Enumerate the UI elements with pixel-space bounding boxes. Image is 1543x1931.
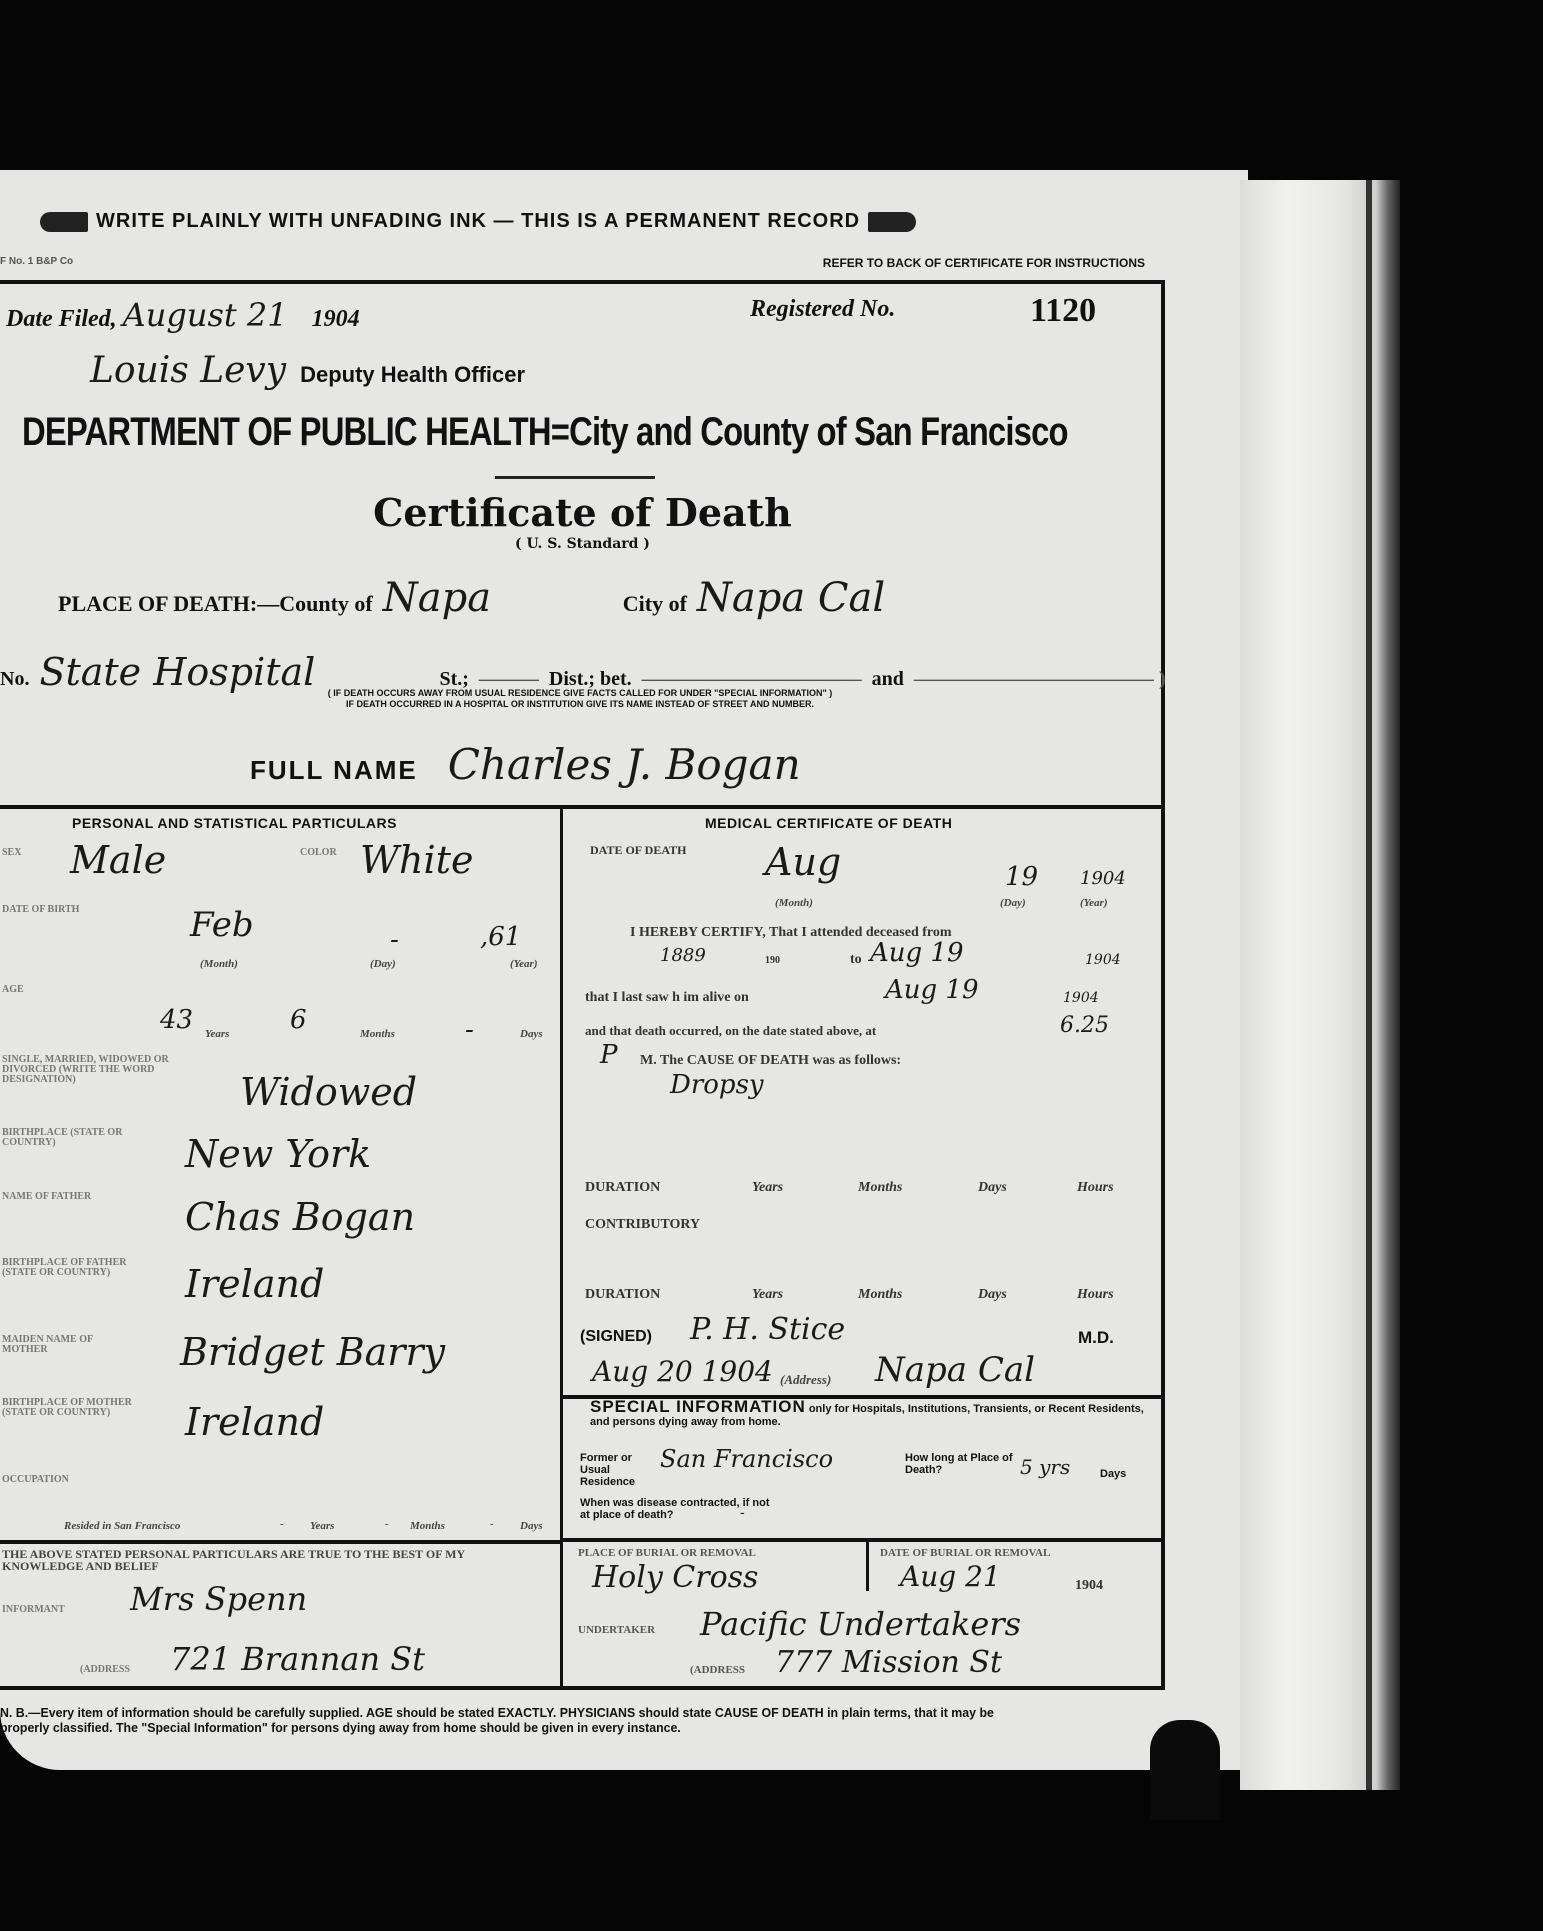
full-name-label: FULL NAME bbox=[250, 755, 418, 786]
how-long-value: 5 yrs bbox=[1020, 1455, 1070, 1479]
no-label: No. bbox=[0, 668, 29, 691]
age-years-label: Years bbox=[205, 1028, 229, 1040]
note-line-1: ( IF DEATH OCCURS AWAY FROM USUAL RESIDE… bbox=[130, 688, 1030, 699]
duration-label: DURATION bbox=[585, 1180, 660, 1196]
birthplace-value: New York bbox=[185, 1132, 371, 1176]
dob-year-label: (Year) bbox=[510, 958, 538, 970]
md-label: M.D. bbox=[1078, 1328, 1114, 1348]
attest-divider bbox=[0, 1540, 560, 1544]
burial-date-value: Aug 21 bbox=[900, 1560, 1001, 1593]
informant-value: Mrs Spenn bbox=[130, 1580, 307, 1618]
duration2-months-label: Months bbox=[858, 1287, 902, 1303]
resided-months-label: Months bbox=[410, 1520, 445, 1532]
signed-date: Aug 20 1904 bbox=[592, 1355, 773, 1388]
registered-label: Registered No. bbox=[750, 296, 895, 323]
burial-place-value: Holy Cross bbox=[592, 1560, 758, 1595]
resided-months: - bbox=[385, 1518, 389, 1530]
informant-label: Informant bbox=[2, 1605, 65, 1615]
dob-label: DATE OF BIRTH bbox=[2, 905, 79, 915]
duration2-days-label: Days bbox=[978, 1287, 1007, 1303]
date-filed: Date Filed, August 21 1904 bbox=[6, 296, 360, 334]
father-value: Chas Bogan bbox=[185, 1195, 415, 1239]
place-label: PLACE OF DEATH:—County of bbox=[58, 591, 373, 617]
age-months: 6 bbox=[290, 1005, 307, 1035]
pointing-hand-right-icon bbox=[40, 212, 88, 232]
dob-month-label: (Month) bbox=[200, 958, 238, 970]
physician-signature: P. H. Stice bbox=[690, 1312, 845, 1347]
dob-day: - bbox=[390, 925, 399, 955]
mother-birthplace-value: Ireland bbox=[185, 1400, 324, 1444]
burial-place-label: PLACE OF BURIAL OR REMOVAL bbox=[578, 1548, 756, 1558]
city-value: Napa Cal bbox=[697, 575, 885, 621]
place-instructions: ( IF DEATH OCCURS AWAY FROM USUAL RESIDE… bbox=[130, 688, 1030, 710]
attended-from-suffix: 190 bbox=[765, 955, 780, 966]
standard-subtitle: ( U. S. Standard ) bbox=[0, 536, 1165, 552]
color-value: White bbox=[360, 838, 473, 882]
contracted-label: When was disease contracted, if not at p… bbox=[580, 1497, 780, 1521]
age-days: - bbox=[465, 1015, 474, 1045]
mother-label: MAIDEN NAME OF MOTHER bbox=[2, 1335, 122, 1355]
ink-banner: WRITE PLAINLY WITH UNFADING INK — THIS I… bbox=[40, 210, 1120, 233]
time-of-death: 6.25 bbox=[1060, 1013, 1109, 1038]
section-divider bbox=[0, 805, 1162, 809]
how-long-label: How long at Place of Death? bbox=[905, 1452, 1020, 1476]
thumb-shadow bbox=[1150, 1720, 1220, 1820]
sex-value: Male bbox=[70, 838, 166, 882]
how-long-days-label: Days bbox=[1100, 1468, 1126, 1480]
book-binding-edge bbox=[1366, 180, 1372, 1790]
instructions-note: REFER TO BACK OF CERTIFICATE FOR INSTRUC… bbox=[823, 256, 1145, 270]
full-name: FULL NAME Charles J. Bogan bbox=[250, 740, 801, 789]
age-label: AGE bbox=[2, 985, 24, 995]
occupation-label: OCCUPATION bbox=[2, 1475, 69, 1485]
burial-year: 1904 bbox=[1075, 1578, 1103, 1594]
attended-to-year: 1904 bbox=[1085, 952, 1121, 968]
dod-day-label: (Day) bbox=[1000, 897, 1026, 909]
attended-to: Aug 19 bbox=[870, 938, 964, 968]
date-filed-label: Date Filed, bbox=[6, 306, 117, 332]
city-label: City of bbox=[623, 591, 687, 617]
certificate-title: Certificate of Death bbox=[0, 490, 1165, 535]
officer-signature: Louis Levy bbox=[90, 350, 286, 391]
sub-header: F No. 1 B&P Co REFER TO BACK OF CERTIFIC… bbox=[0, 256, 1145, 270]
resided-days: - bbox=[490, 1518, 494, 1530]
full-name-value: Charles J. Bogan bbox=[448, 740, 801, 789]
dod-day: 19 bbox=[1005, 862, 1038, 892]
duration-months-label: Months bbox=[858, 1180, 902, 1196]
book-page-stack bbox=[1240, 180, 1400, 1790]
age-months-label: Months bbox=[360, 1028, 395, 1040]
informant-address-value: 721 Brannan St bbox=[170, 1640, 425, 1678]
undertaker-address-value: 777 Mission St bbox=[775, 1645, 1002, 1680]
undertaker-value: Pacific Undertakers bbox=[700, 1605, 1021, 1643]
resided-years-label: Years bbox=[310, 1520, 334, 1532]
contributory-label: CONTRIBUTORY bbox=[585, 1217, 700, 1233]
age-years: 43 bbox=[160, 1005, 193, 1035]
informant-address-label: (Address bbox=[80, 1665, 130, 1675]
special-heading: SPECIAL INFORMATION bbox=[590, 1397, 806, 1416]
dod-year: 1904 bbox=[1080, 868, 1126, 889]
title-rule bbox=[495, 476, 655, 479]
medical-heading: MEDICAL CERTIFICATE OF DEATH bbox=[705, 815, 952, 831]
age-days-label: Days bbox=[520, 1028, 543, 1040]
pointing-hand-left-icon bbox=[868, 212, 916, 232]
dod-label: DATE OF DEATH bbox=[590, 843, 686, 858]
note-line-2: IF DEATH OCCURRED IN A HOSPITAL OR INSTI… bbox=[130, 699, 1030, 710]
undertaker-address-label: (Address bbox=[690, 1665, 745, 1675]
burial-divider bbox=[560, 1538, 1162, 1542]
county-value: Napa bbox=[383, 575, 613, 621]
cause-label: M. The CAUSE OF DEATH was as follows: bbox=[640, 1053, 901, 1069]
duration-hours-label: Hours bbox=[1077, 1180, 1114, 1196]
dod-month: Aug bbox=[765, 840, 841, 884]
resided-years: - bbox=[280, 1518, 284, 1530]
attest-text: THE ABOVE STATED PERSONAL PARTICULARS AR… bbox=[2, 1548, 547, 1572]
printer-mark: F No. 1 B&P Co bbox=[0, 256, 73, 270]
resided-days-label: Days bbox=[520, 1520, 543, 1532]
burial-date-label: DATE of BURIAL or REMOVAL bbox=[880, 1548, 1050, 1558]
attended-from: 1889 bbox=[660, 945, 706, 966]
last-saw-date: Aug 19 bbox=[885, 975, 979, 1005]
marital-value: Widowed bbox=[240, 1070, 417, 1114]
cause-value: Dropsy bbox=[670, 1070, 764, 1100]
dob-month: Feb bbox=[190, 905, 254, 945]
personal-heading: PERSONAL AND STATISTICAL PARTICULARS bbox=[72, 815, 397, 831]
last-saw-year: 1904 bbox=[1063, 990, 1099, 1006]
marital-label: SINGLE, MARRIED, WIDOWED OR DIVORCED (Wr… bbox=[2, 1055, 202, 1085]
signed-label: (SIGNED) bbox=[580, 1328, 652, 1346]
duration-years-label: Years bbox=[752, 1180, 783, 1196]
residence-value: San Francisco bbox=[660, 1445, 833, 1473]
officer-title: Deputy Health Officer bbox=[300, 362, 525, 388]
duration-label-2: DURATION bbox=[585, 1287, 660, 1303]
birthplace-label: BIRTHPLACE (State or Country) bbox=[2, 1128, 152, 1148]
duration2-hours-label: Hours bbox=[1077, 1287, 1114, 1303]
physician-address: Napa Cal bbox=[875, 1350, 1035, 1390]
health-officer: Louis Levy Deputy Health Officer bbox=[90, 350, 525, 391]
place-of-death: PLACE OF DEATH:—County of Napa City of N… bbox=[58, 575, 885, 621]
special-heading-block: SPECIAL INFORMATION only for Hospitals, … bbox=[590, 1400, 1145, 1429]
dob-year: ,61 bbox=[480, 922, 521, 952]
mother-value: Bridget Barry bbox=[180, 1330, 445, 1374]
father-birthplace-value: Ireland bbox=[185, 1262, 324, 1306]
residence-label: Former or Usual Residence bbox=[580, 1452, 660, 1488]
color-label: COLOR bbox=[300, 848, 337, 858]
mother-birthplace-label: BIRTHPLACE OF MOTHER (State or Country) bbox=[2, 1398, 132, 1418]
footer-note: N. B.—Every item of information should b… bbox=[0, 1705, 1007, 1735]
department-title: DEPARTMENT OF PUBLIC HEALTH=City and Cou… bbox=[22, 410, 1068, 455]
father-label: NAME OF FATHER bbox=[2, 1192, 92, 1202]
to-label: to bbox=[850, 952, 862, 968]
burial-column-divider bbox=[866, 1541, 869, 1591]
duration2-years-label: Years bbox=[752, 1287, 783, 1303]
column-divider bbox=[560, 808, 563, 1688]
father-birthplace-label: BIRTHPLACE OF FATHER (State or Country) bbox=[2, 1258, 132, 1278]
registered-number: 1120 bbox=[1030, 292, 1096, 330]
undertaker-label: UNDERTAKER bbox=[578, 1625, 655, 1635]
duration-days-label: Days bbox=[978, 1180, 1007, 1196]
sex-label: SEX bbox=[2, 848, 21, 858]
date-filed-year: 1904 bbox=[312, 306, 360, 332]
last-saw-text: that I last saw h im alive on bbox=[585, 990, 749, 1006]
dod-year-label: (Year) bbox=[1080, 897, 1108, 909]
dod-month-label: (Month) bbox=[775, 897, 813, 909]
occurred-text: and that death occurred, on the date sta… bbox=[585, 1023, 876, 1039]
meridiem: P bbox=[600, 1040, 618, 1070]
dob-day-label: (Day) bbox=[370, 958, 396, 970]
date-filed-value: August 21 bbox=[123, 296, 288, 334]
contracted-value: - bbox=[740, 1505, 745, 1521]
banner-text: WRITE PLAINLY WITH UNFADING INK — THIS I… bbox=[96, 210, 860, 233]
resided-label: Resided in San Francisco bbox=[64, 1520, 180, 1532]
physician-address-label: (Address) bbox=[780, 1372, 831, 1388]
